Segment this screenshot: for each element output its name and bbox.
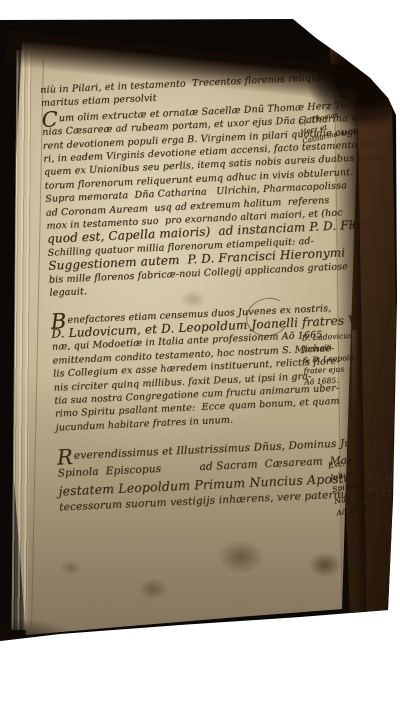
paragraph-spinola: Reverendissimus et Illustrissimus Dñus, … bbox=[57, 435, 374, 517]
manuscript-photo: niù in Pilari, et in testamento Trecento… bbox=[0, 0, 400, 711]
marginal-note-joanelli: D. LudovicusJoanelli& D. Leopoldusfrater… bbox=[302, 329, 365, 387]
margin-flourish-mark: + bbox=[377, 559, 392, 579]
photo-cutout: niù in Pilari, et in testamento Trecento… bbox=[0, 0, 400, 711]
page-number: 25 bbox=[340, 83, 358, 98]
margin-cross-mark: + bbox=[347, 217, 360, 233]
